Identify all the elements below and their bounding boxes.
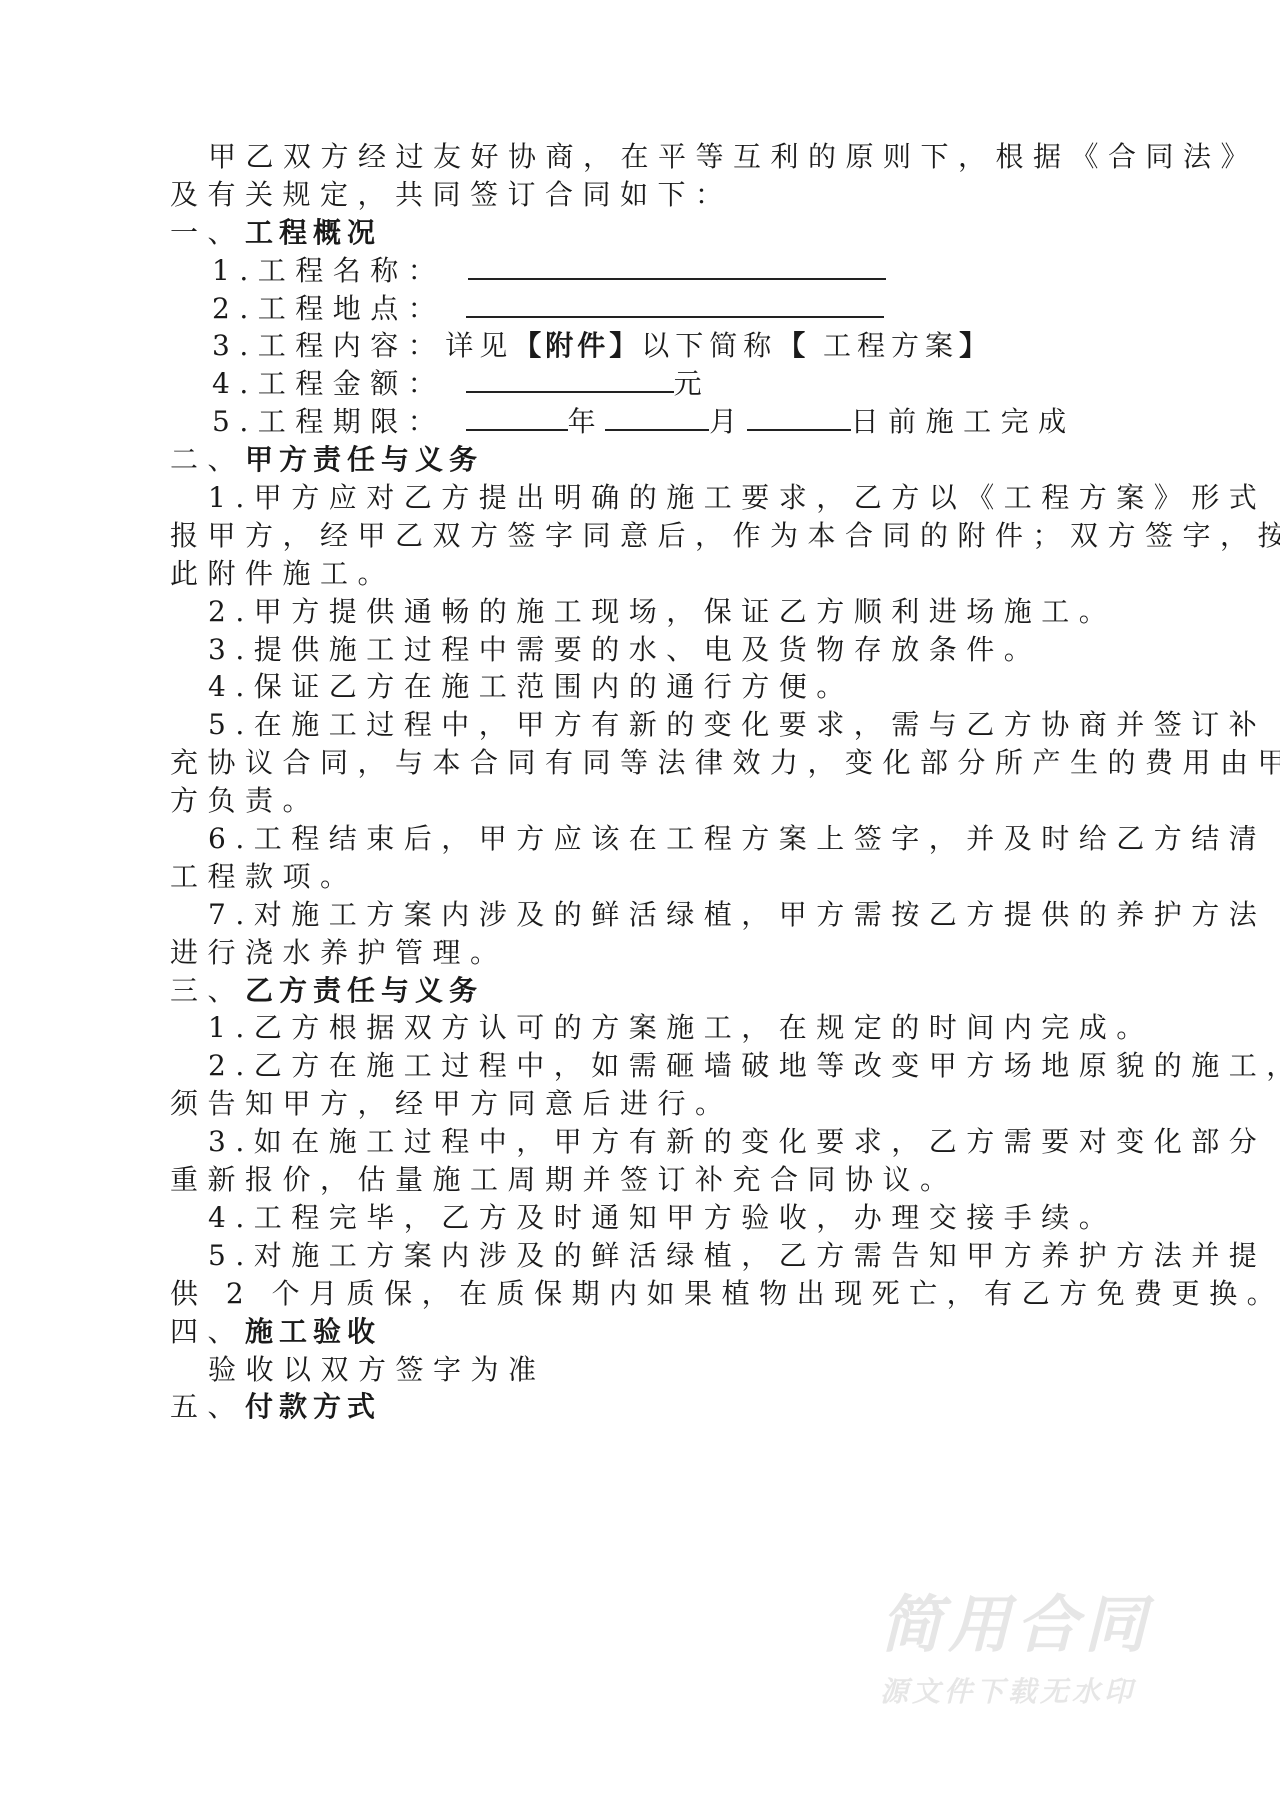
- clause-line: 此附件施工。: [170, 555, 1080, 593]
- clause-line: 1.乙方根据双方认可的方案施工，在规定的时间内完成。: [170, 1009, 1080, 1047]
- bracket-open-2: 【: [777, 329, 823, 362]
- intro-line-2: 及有关规定，共同签订合同如下：: [170, 176, 1080, 214]
- clause-line: 1.甲方应对乙方提出明确的施工要求，乙方以《工程方案》形式: [170, 479, 1080, 517]
- period-year-field[interactable]: [466, 403, 568, 431]
- section-title: 施工验收: [245, 1315, 381, 1348]
- section-title: 乙方责任与义务: [245, 974, 483, 1007]
- section-title: 工程概况: [245, 216, 381, 249]
- clause-line: 报甲方，经甲乙双方签字同意后，作为本合同的附件；双方签字，按: [170, 517, 1080, 555]
- clause-line: 重新报价，估量施工周期并签订补充合同协议。: [170, 1161, 1080, 1199]
- project-period-row: 5.工程期限： 年月日前施工完成: [170, 403, 1080, 441]
- clause-line: 工程款项。: [170, 858, 1080, 896]
- section-number: 四、: [170, 1315, 245, 1348]
- section-heading-5: 五、付款方式: [170, 1388, 1080, 1426]
- clause-line: 供 2 个月质保，在质保期内如果植物出现死亡，有乙方免费更换。: [170, 1275, 1080, 1313]
- section-title: 付款方式: [245, 1390, 381, 1423]
- section-number: 五、: [170, 1390, 245, 1423]
- amount-unit: 元: [674, 367, 712, 400]
- clause-line: 5.在施工过程中，甲方有新的变化要求，需与乙方协商并签订补: [170, 706, 1080, 744]
- project-content-row: 3.工程内容：详见【附件】以下简称【 工程方案】: [170, 327, 1080, 365]
- section-number: 一、: [170, 216, 245, 249]
- project-amount-label: 4.工程金额：: [212, 367, 445, 400]
- clause-line: 方负责。: [170, 782, 1080, 820]
- clause-line: 4.保证乙方在施工范围内的通行方便。: [170, 668, 1080, 706]
- project-name-row: 1.工程名称：: [170, 252, 1080, 290]
- intro-line-1: 甲乙双方经过友好协商，在平等互利的原则下，根据《合同法》: [170, 138, 1080, 176]
- period-day-field[interactable]: [747, 403, 851, 431]
- project-location-row: 2.工程地点：: [170, 290, 1080, 328]
- project-name-field[interactable]: [468, 252, 886, 280]
- clause-line: 2.甲方提供通畅的施工现场，保证乙方顺利进场施工。: [170, 593, 1080, 631]
- project-amount-field[interactable]: [466, 365, 674, 393]
- clause-line: 3.提供施工过程中需要的水、电及货物存放条件。: [170, 631, 1080, 669]
- project-content-label: 3.工程内容：: [212, 329, 445, 362]
- bracket-close-2: 】: [959, 329, 991, 362]
- clause-line: 5.对施工方案内涉及的鲜活绿植，乙方需告知甲方养护方法并提: [170, 1237, 1080, 1275]
- clause-line: 须告知甲方，经甲方同意后进行。: [170, 1085, 1080, 1123]
- content-prefix: 详见: [445, 329, 513, 362]
- clause-line: 6.工程结束后，甲方应该在工程方案上签字，并及时给乙方结清: [170, 820, 1080, 858]
- clause-line: 验收以双方签字为准: [170, 1351, 1080, 1389]
- bracket-open: 【: [513, 329, 545, 362]
- period-year-unit: 年: [568, 405, 606, 438]
- project-location-label: 2.工程地点：: [212, 292, 445, 325]
- project-amount-row: 4.工程金额： 元: [170, 365, 1080, 403]
- section-title: 甲方责任与义务: [245, 443, 483, 476]
- clause-line: 7.对施工方案内涉及的鲜活绿植，甲方需按乙方提供的养护方法: [170, 896, 1080, 934]
- content-middle: 以下简称: [641, 329, 777, 362]
- clause-line: 2.乙方在施工过程中，如需砸墙破地等改变甲方场地原貌的施工，: [170, 1047, 1080, 1085]
- project-location-field[interactable]: [466, 290, 884, 318]
- clause-line: 4.工程完毕，乙方及时通知甲方验收，办理交接手续。: [170, 1199, 1080, 1237]
- bracket-close: 】: [609, 329, 641, 362]
- project-name-label: 1.工程名称：: [212, 254, 445, 287]
- section-number: 三、: [170, 974, 245, 1007]
- clause-line: 3.如在施工过程中，甲方有新的变化要求，乙方需要对变化部分: [170, 1123, 1080, 1161]
- clause-line: 充协议合同，与本合同有同等法律效力，变化部分所产生的费用由甲: [170, 744, 1080, 782]
- section-number: 二、: [170, 443, 245, 476]
- section-heading-2: 二、甲方责任与义务: [170, 441, 1080, 479]
- section-heading-3: 三、乙方责任与义务: [170, 972, 1080, 1010]
- contract-page: 甲乙双方经过友好协商，在平等互利的原则下，根据《合同法》 及有关规定，共同签订合…: [170, 138, 1080, 1426]
- watermark: 简用合同 源文件下载无水印: [880, 1590, 1220, 1712]
- clause-line: 进行浇水养护管理。: [170, 934, 1080, 972]
- scheme-text: 工程方案: [823, 329, 959, 362]
- watermark-tagline: 源文件下载无水印: [880, 1672, 1220, 1712]
- period-suffix: 日前施工完成: [851, 405, 1076, 438]
- period-month-field[interactable]: [605, 403, 709, 431]
- period-month-unit: 月: [709, 405, 747, 438]
- project-period-label: 5.工程期限：: [212, 405, 445, 438]
- section-heading-1: 一、工程概况: [170, 214, 1080, 252]
- watermark-brand: 简用合同: [880, 1590, 1220, 1660]
- attachment-text: 附件: [545, 329, 609, 362]
- section-heading-4: 四、施工验收: [170, 1313, 1080, 1351]
